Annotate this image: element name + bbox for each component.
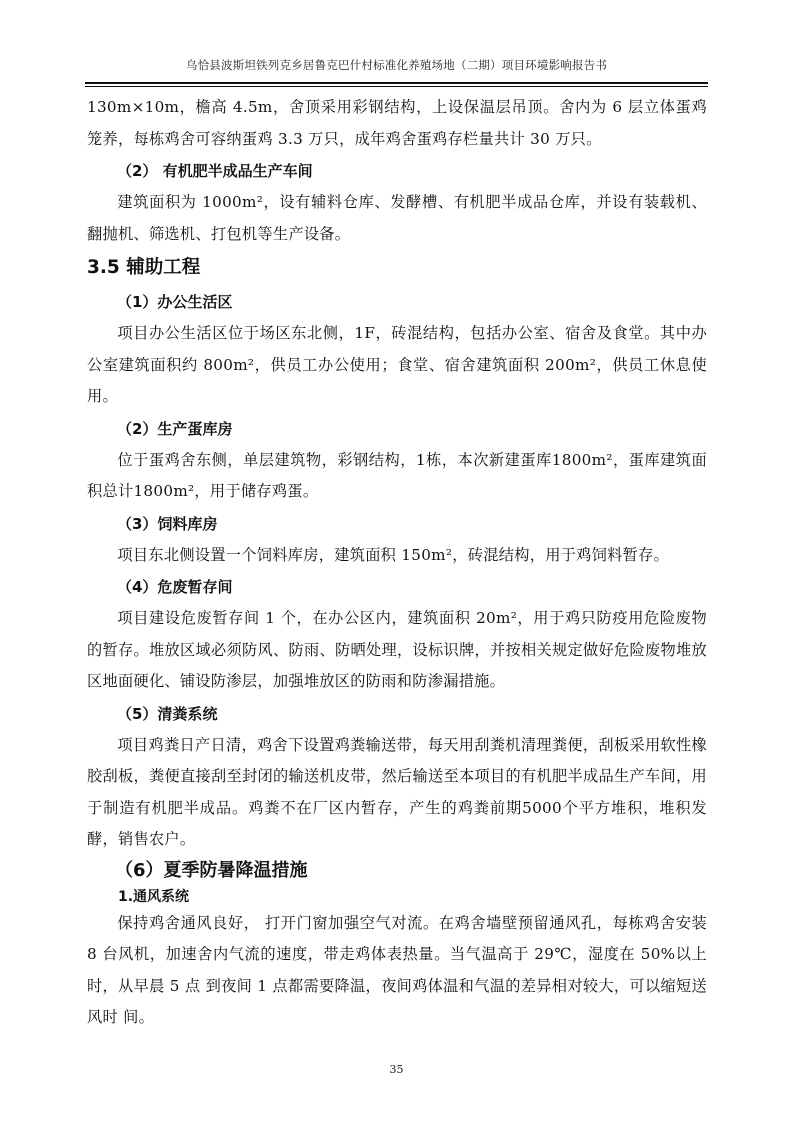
heading-summer-cooling-measures: （6）夏季防暑降温措施	[87, 856, 707, 886]
heading-hazardous-waste-storage: （4）危废暂存间	[87, 571, 707, 603]
section-heading-auxiliary-works: 3.5 辅助工程	[87, 250, 707, 286]
page-number: 35	[0, 1063, 793, 1076]
heading-organic-fertilizer-workshop: （2） 有机肥半成品生产车间	[87, 155, 707, 187]
heading-manure-cleaning-system: （5）清粪系统	[87, 698, 707, 730]
paragraph-hazardous-waste-storage: 项目建设危废暂存间 1 个，在办公区内，建筑面积 20m²，用于鸡只防疫用危险废…	[87, 603, 707, 698]
paragraph-manure-cleaning-system: 项目鸡粪日产日清，鸡舍下设置鸡粪输送带，每天用刮粪机清理粪便，刮板采用软性橡胶刮…	[87, 730, 707, 856]
heading-feed-warehouse: （3）饲料库房	[87, 508, 707, 540]
paragraph-office-living-area: 项目办公生活区位于场区东北侧，1F，砖混结构，包括办公室、宿舍及食堂。其中办公室…	[87, 318, 707, 413]
paragraph-organic-fertilizer-workshop: 建筑面积为 1000m²，设有辅料仓库、发酵槽、有机肥半成品仓库，并设有装载机、…	[87, 187, 707, 250]
header-divider-thin	[85, 86, 708, 87]
page-header: 乌恰县波斯坦铁列克乡居鲁克巴什村标准化养殖场地（二期）项目环境影响报告书	[85, 57, 708, 73]
heading-egg-warehouse: （2）生产蛋库房	[87, 413, 707, 445]
heading-office-living-area: （1）办公生活区	[87, 286, 707, 318]
header-divider	[85, 82, 708, 84]
paragraph-ventilation-system: 保持鸡舍通风良好， 打开门窗加强空气对流。在鸡舍墙壁预留通风孔，每栋鸡舍安装 8…	[87, 908, 707, 1034]
paragraph-egg-warehouse: 位于蛋鸡舍东侧，单层建筑物，彩钢结构，1栋，本次新建蛋库1800m²，蛋库建筑面…	[87, 445, 707, 508]
intro-paragraph: 130m×10m，檐高 4.5m，舍顶采用彩钢结构，上设保温层吊顶。舍内为 6 …	[87, 92, 707, 155]
paragraph-feed-warehouse: 项目东北侧设置一个饲料库房，建筑面积 150m²，砖混结构，用于鸡饲料暂存。	[87, 540, 707, 572]
page-content: 130m×10m，檐高 4.5m，舍顶采用彩钢结构，上设保温层吊顶。舍内为 6 …	[87, 92, 707, 1034]
subheading-ventilation-system: 1.通风系统	[87, 886, 707, 908]
